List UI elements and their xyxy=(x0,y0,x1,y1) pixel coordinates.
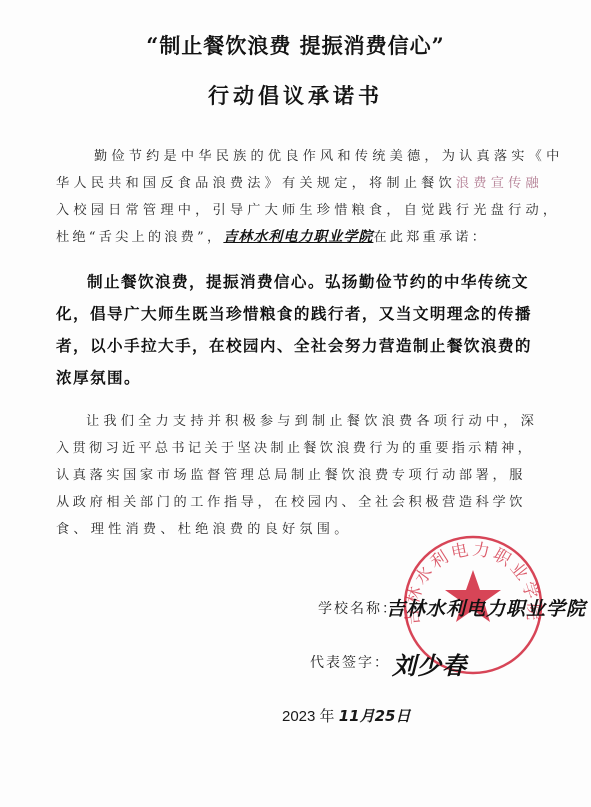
paragraph1-line: 入校园日常管理中，引导广大师生珍惜粮食，自觉践行光盘行动， xyxy=(56,199,560,218)
paragraph1-line-tail: 在此郑重承诺： xyxy=(373,230,488,245)
date-handwritten: 11月25日 xyxy=(339,707,411,725)
paragraph3-line: 从政府相关部门的工作指导，在校园内、全社会积极营造科学饮 xyxy=(56,491,526,510)
document-subtitle: 行动倡议承诺书 xyxy=(0,80,591,110)
paragraph3-line: 认真落实国家市场监督管理总局制止餐饮浪费专项行动部署，服 xyxy=(56,464,526,483)
paragraph3-line: 让我们全力支持并积极参与到制止餐饮浪费各项行动中，深 xyxy=(86,410,538,429)
paragraph3-line: 食、理性消费、杜绝浪费的良好氛围。 xyxy=(56,518,352,537)
paragraph1-line-text: 杜绝“舌尖上的浪费”， xyxy=(56,230,223,245)
paragraph2-line: 浓厚氛围。 xyxy=(56,366,141,388)
paragraph2-line: 化，倡导广大师生既当珍惜粮食的践行者，又当文明理念的传播 xyxy=(56,302,532,324)
document-title: “制止餐饮浪费 提振消费信心” xyxy=(0,30,591,60)
handwritten-school-name: 吉林水利电力职业学院 xyxy=(223,229,373,245)
representative-label: 代表签字： xyxy=(310,652,390,672)
paragraph1-line: 华人民共和国反食品浪费法》有关规定，将制止餐饮浪费宣传融 xyxy=(56,172,543,191)
school-name-signature: 吉林水利电力职业学院 xyxy=(386,594,586,621)
representative-signature: 刘少春 xyxy=(392,646,467,681)
document-page: “制止餐饮浪费 提振消费信心” 行动倡议承诺书 勤俭节约是中华民族的优良作风和传… xyxy=(0,0,591,807)
paragraph2-line: 制止餐饮浪费，提振消费信心。弘扬勤俭节约的中华传统文 xyxy=(87,270,529,292)
paragraph3-line: 入贯彻习近平总书记关于坚决制止餐饮浪费行为的重要指示精神， xyxy=(56,437,534,456)
paragraph1-line: 勤俭节约是中华民族的优良作风和传统美德，为认真落实《中 xyxy=(94,145,563,164)
paragraph1-line: 杜绝“舌尖上的浪费”，吉林水利电力职业学院在此郑重承诺： xyxy=(56,226,488,246)
faded-text: 浪费宣传融 xyxy=(456,176,543,191)
date-year: 2023 年 xyxy=(282,708,335,725)
signing-date: 2023 年 11月25日 xyxy=(282,705,410,726)
paragraph2-line: 者，以小手拉大手，在校园内、全社会努力营造制止餐饮浪费的 xyxy=(56,334,532,356)
paragraph1-line-text: 华人民共和国反食品浪费法》有关规定，将制止餐饮 xyxy=(56,176,456,191)
